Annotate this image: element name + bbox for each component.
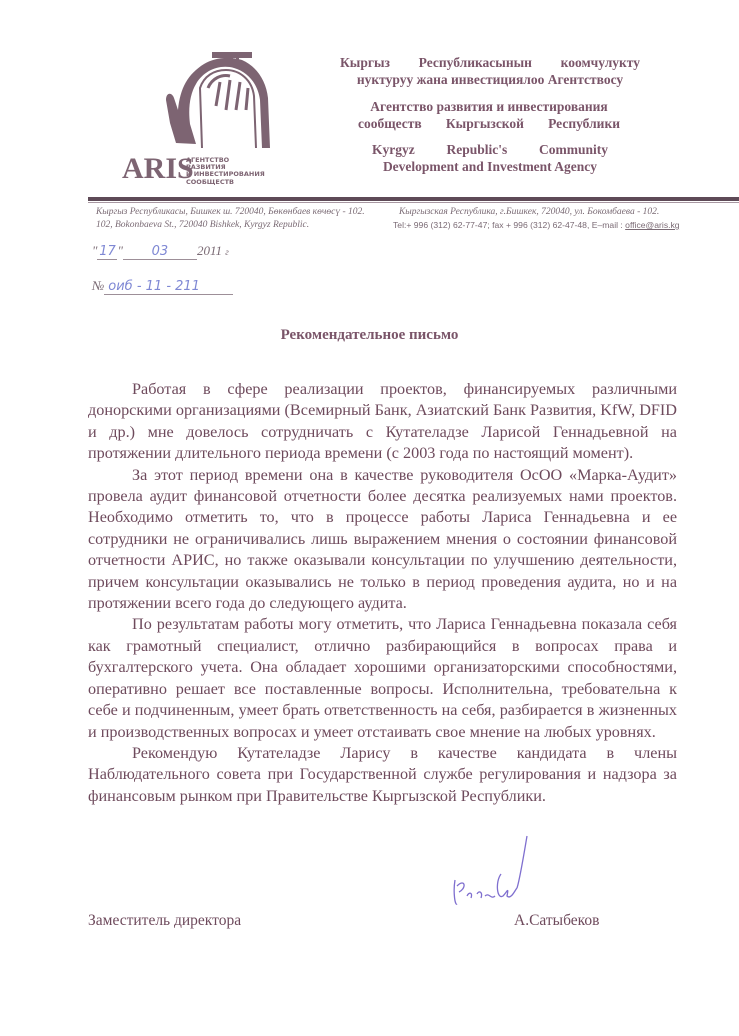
header-russian: Агентство развития и инвестирования сооб… bbox=[358, 98, 620, 132]
aris-subtitle-line: СООБЩЕСТВ bbox=[186, 179, 265, 186]
date-year: 2011 bbox=[197, 243, 222, 258]
header-line: Кыргыз Республикасынын коомчулукту bbox=[340, 54, 640, 71]
date-field: "17"032011 г bbox=[92, 243, 229, 260]
contact-line: Tel:+ 996 (312) 62-77-47; fax + 996 (312… bbox=[393, 219, 680, 232]
aris-wordmark: ARIS bbox=[122, 152, 194, 186]
email-link[interactable]: office@aris.kg bbox=[625, 220, 679, 230]
date-day: 17 bbox=[97, 244, 117, 260]
date-suffix: г bbox=[225, 247, 229, 257]
header-line: Development and Investment Agency bbox=[372, 158, 608, 175]
contact-phones: Tel:+ 996 (312) 62-77-47; fax + 996 (312… bbox=[393, 220, 625, 230]
number-label: № bbox=[92, 278, 104, 293]
paragraph: По результатам работы могу отметить, что… bbox=[88, 614, 677, 742]
letter-body: Работая в сфере реализации проектов, фин… bbox=[88, 379, 677, 807]
number-value: оиб - 11 - 211 bbox=[104, 279, 233, 295]
header-line: нуктуруу жана инвестициялоо Агентствосу bbox=[340, 71, 640, 88]
reference-number: №оиб - 11 - 211 bbox=[92, 278, 233, 295]
header-divider bbox=[88, 197, 739, 201]
aris-subtitle: АГЕНТСТВО РАЗВИТИЯ И ИНВЕСТИРОВАНИЯ СООБ… bbox=[186, 157, 265, 186]
signatory-name: А.Сатыбеков bbox=[514, 912, 599, 930]
letter-title: Рекомендательное письмо bbox=[0, 327, 739, 344]
header-line: Агентство развития и инвестирования bbox=[358, 98, 620, 115]
header-line: Kyrgyz Republic's Community bbox=[372, 141, 608, 158]
address-line: 102, Bokonbaeva St., 720040 Bishkek, Kyr… bbox=[96, 219, 365, 232]
paragraph: Работая в сфере реализации проектов, фин… bbox=[88, 379, 677, 465]
handwritten-signature-icon bbox=[445, 830, 555, 910]
header-divider-thin bbox=[88, 202, 739, 203]
header-line: сообществ Кыргызской Республики bbox=[358, 115, 620, 132]
address-right: Кыргызская Республика, г.Бишкек, 720040,… bbox=[393, 206, 680, 232]
header-english: Kyrgyz Republic's Community Development … bbox=[372, 141, 608, 175]
signatory-position: Заместитель директора bbox=[88, 912, 241, 930]
date-month: 03 bbox=[123, 244, 197, 260]
paragraph: За этот период времени она в качестве ру… bbox=[88, 465, 677, 615]
paragraph: Рекомендую Кутателадзе Ларису в качестве… bbox=[88, 743, 677, 807]
header-kyrgyz: Кыргыз Республикасынын коомчулукту нукту… bbox=[340, 54, 640, 88]
address-left: Кыргыз Республикасы, Бишкек ш. 720040, Б… bbox=[96, 206, 365, 232]
address-line: Кыргыз Республикасы, Бишкек ш. 720040, Б… bbox=[96, 206, 365, 219]
address-line: Кыргызская Республика, г.Бишкек, 720040,… bbox=[393, 206, 680, 219]
